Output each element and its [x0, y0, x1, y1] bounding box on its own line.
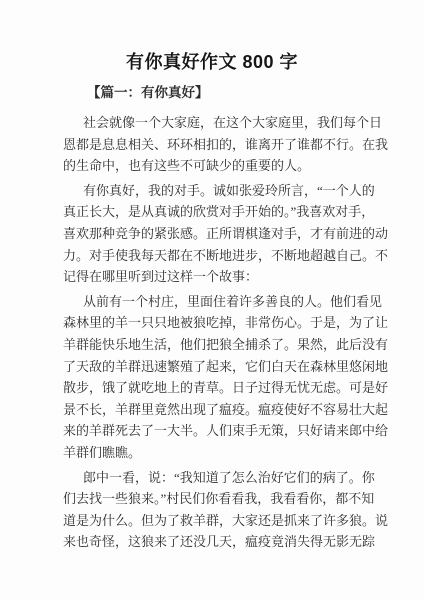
text-line: 散步，饿了就吃地上的青草。日子过得无忧无虑。可是好: [63, 377, 362, 399]
text-line: 真正长大，是从真诚的欣赏对手开始的。”我喜欢对手，: [63, 201, 362, 223]
text-line: 恩都是息息相关、环环相扣的，谁离开了谁都不行。在我: [63, 134, 362, 156]
section-heading: 【篇一：有你真好】: [63, 86, 362, 100]
text-line: 来的羊群死去了一大半。人们束手无策，只好请来郎中给: [63, 420, 362, 442]
text-line: 的生命中，也有这些不可缺少的重要的人。: [63, 155, 362, 177]
text-line: 们去找一些狼来。”村民们你看看我，我看看你，都不知: [63, 488, 362, 510]
text-line: 来也奇怪，这狼来了还没几天，瘟疫竟消失得无影无踪: [63, 531, 362, 553]
text-line: 羊群能快乐地生活，他们把狼全捕杀了。果然，此后没有: [63, 334, 362, 356]
paragraph: 郎中一看，说：“我知道了怎么治好它们的病了。你们去找一些狼来。”村民们你看看我，…: [63, 467, 362, 553]
paragraph: 有你真好，我的对手。诚如张爱玲所言，“一个人的真正长大，是从真诚的欣赏对手开始的…: [63, 180, 362, 288]
paragraph: 从前有一个村庄，里面住着许多善良的人。他们看见森林里的羊一只只地被狼吃掉，非常伤…: [63, 291, 362, 464]
text-line: 羊群们瞧瞧。: [63, 442, 362, 464]
text-line: 社会就像一个大家庭，在这个大家庭里，我们每个日: [63, 112, 362, 134]
paragraph: 社会就像一个大家庭，在这个大家庭里，我们每个日恩都是息息相关、环环相扣的，谁离开…: [63, 112, 362, 177]
text-line: 了天敌的羊群迅速繁殖了起来，它们白天在森林里悠闲地: [63, 356, 362, 378]
article-body: 社会就像一个大家庭，在这个大家庭里，我们每个日恩都是息息相关、环环相扣的，谁离开…: [63, 112, 362, 553]
text-line: 喜欢那种竞争的紧张感。正所谓棋逢对手，才有前进的动: [63, 223, 362, 245]
text-line: 道是为什么。但为了救羊群，大家还是抓来了许多狼。说: [63, 510, 362, 532]
text-line: 景不长，羊群里竟然出现了瘟疫。瘟疫使好不容易壮大起: [63, 399, 362, 421]
page-title: 有你真好作文 800 字: [0, 0, 424, 73]
text-line: 有你真好，我的对手。诚如张爱玲所言，“一个人的: [63, 180, 362, 202]
text-line: 记得在哪里听到过这样一个故事：: [63, 266, 362, 288]
text-line: 从前有一个村庄，里面住着许多善良的人。他们看见: [63, 291, 362, 313]
text-line: 郎中一看，说：“我知道了怎么治好它们的病了。你: [63, 467, 362, 489]
document-page: 有你真好作文 800 字 【篇一：有你真好】 社会就像一个大家庭，在这个大家庭里…: [0, 0, 424, 600]
text-line: 森林里的羊一只只地被狼吃掉，非常伤心。于是，为了让: [63, 312, 362, 334]
text-line: 力。对手使我每天都在不断地进步，不断地超越自己。不: [63, 245, 362, 267]
